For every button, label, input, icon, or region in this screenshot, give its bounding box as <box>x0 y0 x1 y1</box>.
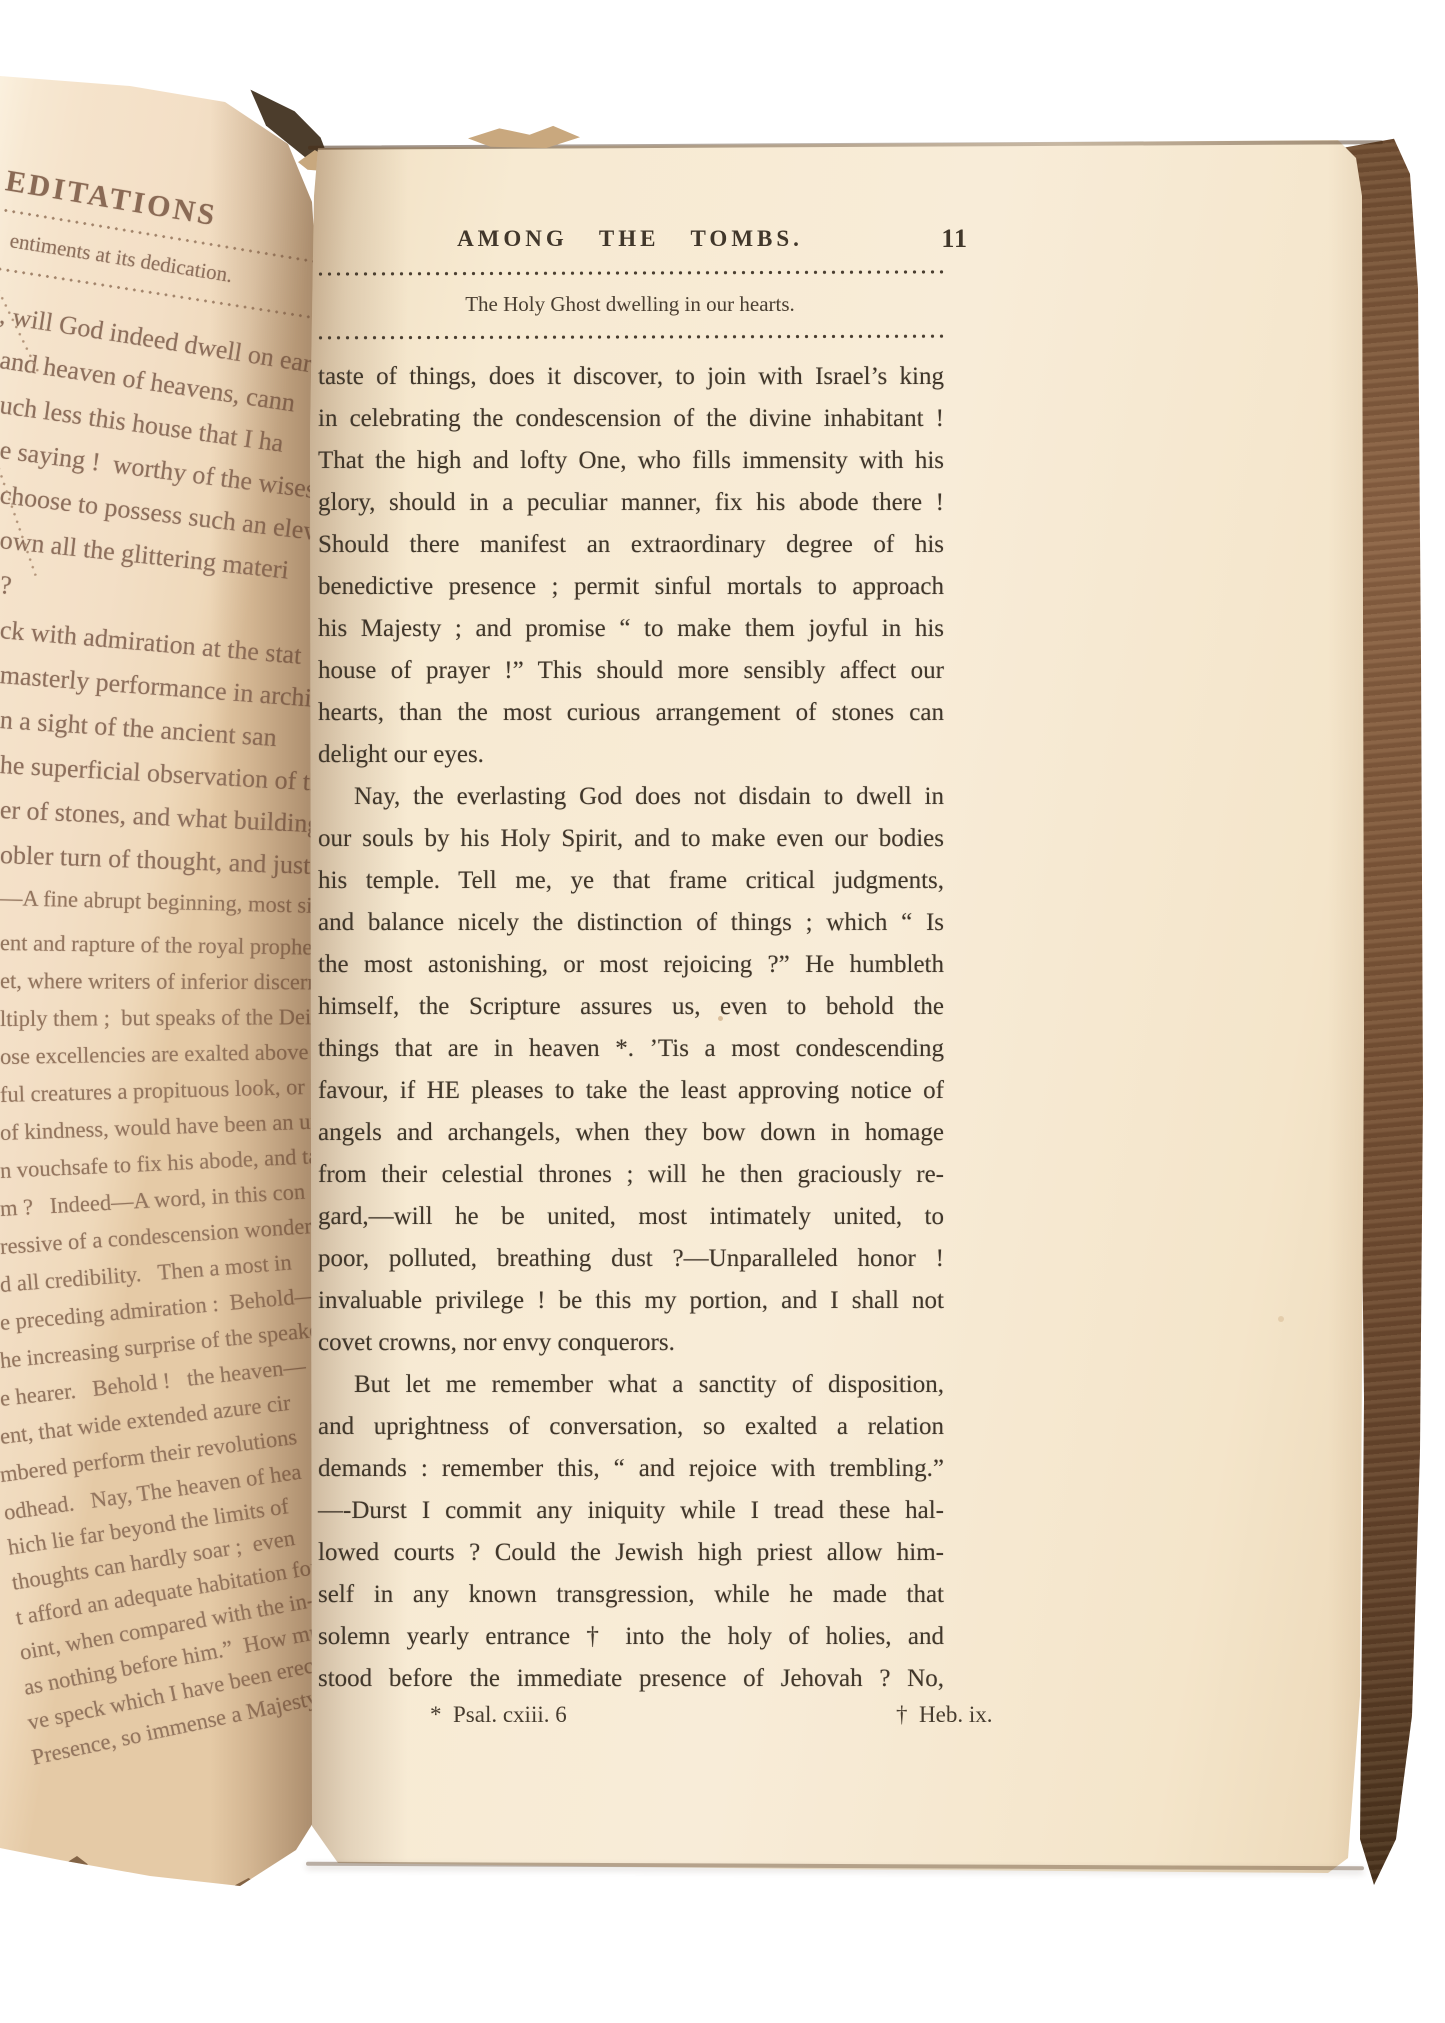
body-line: lowed courts ? Could the Jewish high pri… <box>318 1532 944 1574</box>
section-heading: The Holy Ghost dwelling in our hearts. <box>318 292 942 317</box>
body-line: house of prayer !” This should more sens… <box>318 650 944 692</box>
open-book-photo: EDITATIONS entiments at its dedication. … <box>0 0 1445 2023</box>
body-line: That the high and lofty One, who fills i… <box>318 440 944 482</box>
body-line: himself, the Scripture assures us, even … <box>318 986 944 1028</box>
body-line: But let me remember what a sanctity of d… <box>318 1364 944 1406</box>
body-line: things that are in heaven *. ’Tis a most… <box>318 1028 944 1070</box>
body-line: poor, polluted, breathing dust ?—Unparal… <box>318 1238 944 1280</box>
dotted-rule <box>316 333 946 341</box>
body-line: taste of things, does it discover, to jo… <box>318 356 944 398</box>
body-line: Should there manifest an extraordinary d… <box>318 524 944 566</box>
body-line: solemn yearly entrance † into the holy o… <box>318 1616 944 1658</box>
left-page-dedication: entiments at its dedication. <box>8 228 234 288</box>
page-number: 11 <box>908 224 968 254</box>
body-line: angels and archangels, when they bow dow… <box>318 1112 944 1154</box>
body-line: his temple. Tell me, ye that frame criti… <box>318 860 944 902</box>
body-line: glory, should in a peculiar manner, fix … <box>318 482 944 524</box>
body-line: the most astonishing, or most rejoicing … <box>318 944 944 986</box>
body-line: invaluable privilege ! be this my portio… <box>318 1280 944 1322</box>
body-line: delight our eyes. <box>318 734 944 776</box>
running-title: AMONG THE TOMBS. <box>318 226 942 252</box>
body-line: benedictive presence ; permit sinful mor… <box>318 566 944 608</box>
body-line: demands : remember this, “ and rejoice w… <box>318 1448 944 1490</box>
left-page-title: EDITATIONS <box>3 164 220 233</box>
body-line: our souls by his Holy Spirit, and to mak… <box>318 818 944 860</box>
right-page: AMONG THE TOMBS. 11 The Holy Ghost dwell… <box>298 136 1398 1881</box>
body-line: in celebrating the condescension of the … <box>318 398 944 440</box>
left-page: EDITATIONS entiments at its dedication. … <box>0 60 340 1910</box>
body-line: self in any known transgression, while h… <box>318 1574 944 1616</box>
body-line: and balance nicely the distinction of th… <box>318 902 944 944</box>
body-line: gard,—will he be united, most intimately… <box>318 1196 944 1238</box>
paper-speck <box>1278 1316 1284 1322</box>
footnote-hebrews: † Heb. ix. <box>896 1702 992 1728</box>
paper-chip <box>66 1856 88 1870</box>
paper-speck <box>718 1016 723 1021</box>
body-line: Nay, the everlasting God does not disdai… <box>318 776 944 818</box>
fore-edge-dots <box>0 457 38 577</box>
body-line: from their celestial thrones ; will he t… <box>318 1154 944 1196</box>
body-text: taste of things, does it discover, to jo… <box>318 356 944 1700</box>
body-line: favour, if HE pleases to take the least … <box>318 1070 944 1112</box>
left-page-line: ? <box>0 570 13 601</box>
body-line: —-Durst I commit any iniquity while I tr… <box>318 1490 944 1532</box>
body-line: and uprightness of conversation, so exal… <box>318 1406 944 1448</box>
body-line: covet crowns, nor envy conquerors. <box>318 1322 944 1364</box>
footnote-psalm: * Psal. cxiii. 6 <box>430 1702 567 1728</box>
body-line: his Majesty ; and promise “ to make them… <box>318 608 944 650</box>
body-line: hearts, than the most curious arrangemen… <box>318 692 944 734</box>
paper-speck <box>650 1468 654 1472</box>
body-line: stood before the immediate presence of J… <box>318 1658 944 1700</box>
dotted-rule <box>316 269 946 277</box>
